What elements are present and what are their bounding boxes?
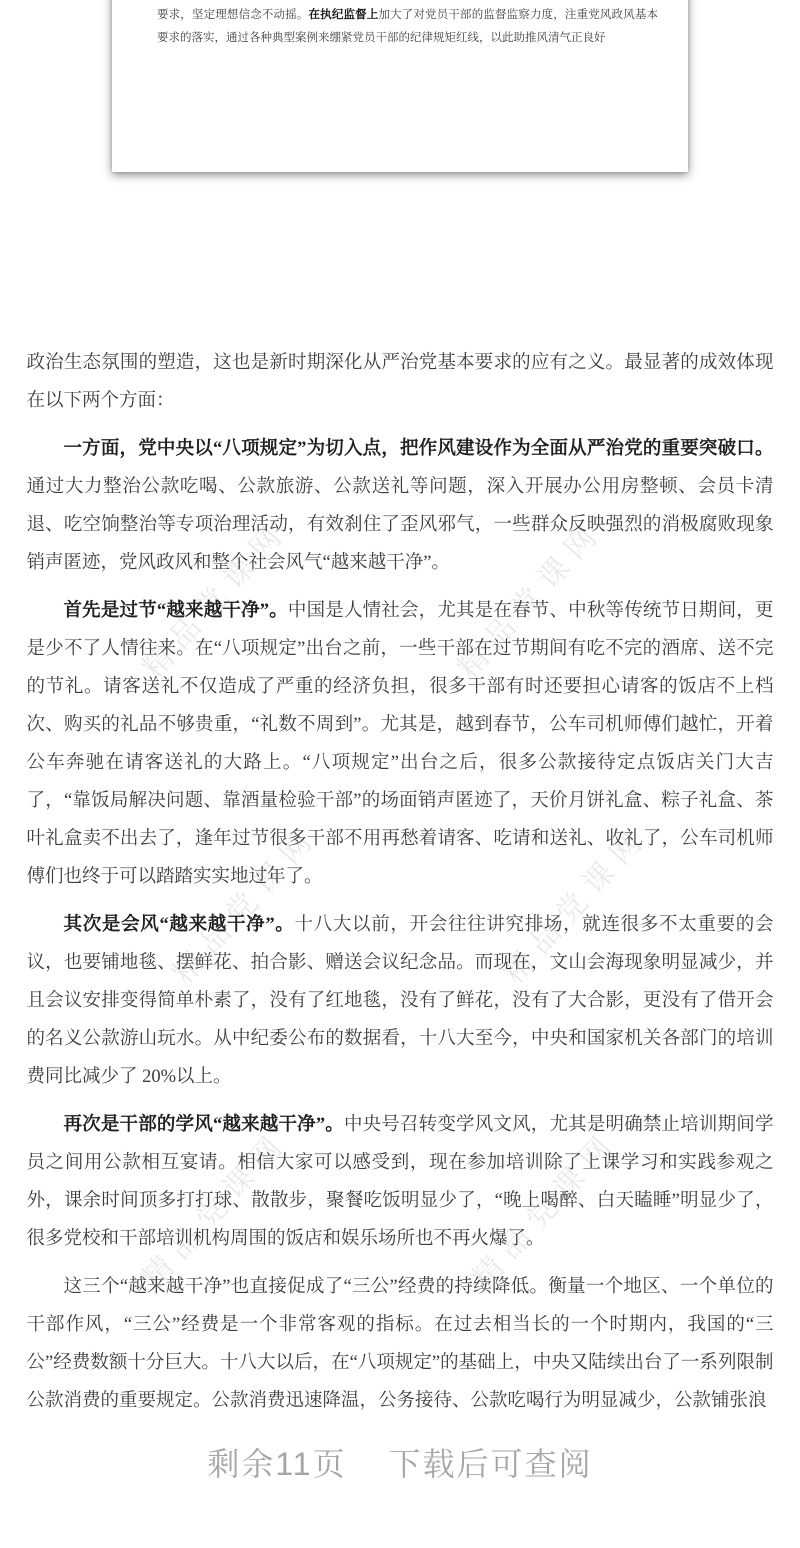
paragraphs-container: 政治生态氛围的塑造，这也是新时期深化从严治党基本要求的应有之义。最显著的成效体现… <box>27 344 774 1420</box>
paragraph-lead: 一方面，党中央以“八项规定”为切入点，把作风建设作为全面从严治党的重要突破口。 <box>64 439 774 459</box>
paragraph: 其次是会风“越来越干净”。十八大以前，开会往往讲究排场，就连很多不太重要的会议，… <box>27 906 774 1096</box>
bold-phrase: 在执纪监督上 <box>309 9 379 21</box>
preview-card-text: 要求，坚定理想信念不动摇。在执纪监督上加大了对党员干部的监督监察力度，注重党风政… <box>157 4 658 50</box>
paragraph: 首先是过节“越来越干净”。中国是人情社会，尤其是在春节、中秋等传统节日期间，更是… <box>27 592 774 896</box>
paragraph-lead: 首先是过节“越来越干净”。 <box>64 601 288 621</box>
document-preview-page: 要求，坚定理想信念不动摇。在执纪监督上加大了对党员干部的监督监察力度，注重党风政… <box>0 0 800 1548</box>
remaining-pages-text: 剩余11页 <box>207 1446 346 1482</box>
paragraph-lead: 再次是干部的学风“越来越干净”。 <box>64 1115 344 1135</box>
paragraph-lead: 其次是会风“越来越干净”。 <box>64 915 295 935</box>
document-text-content: 精品党课网精品党课网精品党课网精品党课网精品党课网精品党课网 政治生态氛围的塑造… <box>27 344 774 1430</box>
paragraph: 再次是干部的学风“越来越干净”。中央号召转变学风文风，尤其是明确禁止培训期间学员… <box>27 1106 774 1258</box>
page-preview-card: 要求，坚定理想信念不动摇。在执纪监督上加大了对党员干部的监督监察力度，注重党风政… <box>112 0 688 172</box>
text-run: 要求，坚定理想信念不动摇。 <box>157 9 309 21</box>
download-hint-text: 下载后可查阅 <box>389 1446 593 1482</box>
paragraph: 政治生态氛围的塑造，这也是新时期深化从严治党基本要求的应有之义。最显著的成效体现… <box>27 344 774 420</box>
remaining-pages-notice: 剩余11页下载后可查阅 <box>0 1440 800 1488</box>
paragraph: 这三个“越来越干净”也直接促成了“三公”经费的持续降低。衡量一个地区、一个单位的… <box>27 1268 774 1420</box>
paragraph: 一方面，党中央以“八项规定”为切入点，把作风建设作为全面从严治党的重要突破口。通… <box>27 430 774 582</box>
